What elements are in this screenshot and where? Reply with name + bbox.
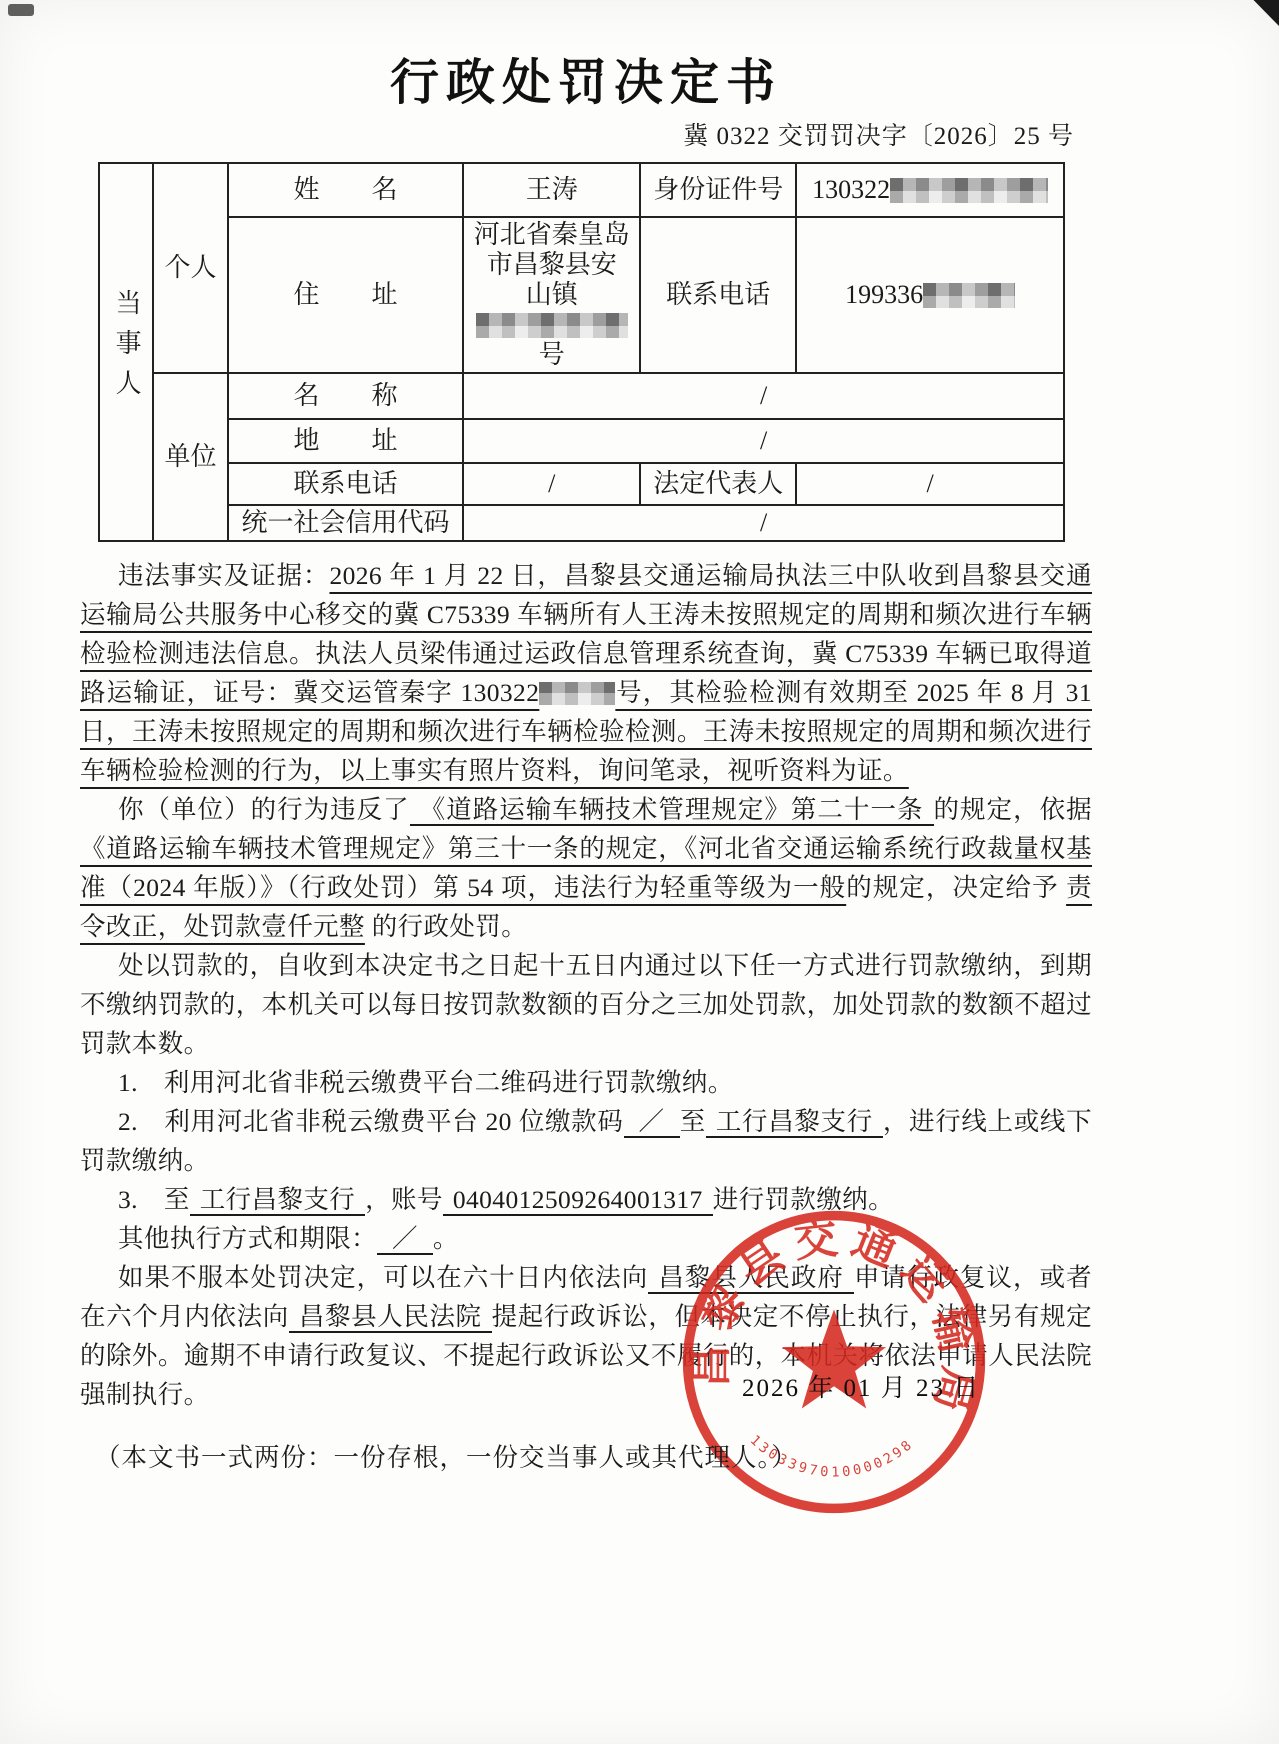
item3-seg2: ，账号 (365, 1185, 443, 1214)
decision-seg2: 的规定，依据 (934, 795, 1092, 824)
address-suffix: 号 (539, 340, 565, 369)
other-method-label: 其他执行方式和期限： (118, 1224, 377, 1253)
facts-paragraph: 违法事实及证据：2026 年 1 月 22 日，昌黎县交通运输局执法三中队收到昌… (80, 556, 1092, 790)
item2-bank-fill: 工行昌黎支行 (706, 1107, 883, 1138)
item3-bank-fill: 工行昌黎支行 (190, 1185, 365, 1216)
table-row-unit-address: 地 址 / (99, 419, 1064, 463)
violated-rule-fill: 《道路运输车辆技术管理规定》第二十一条 (410, 795, 934, 826)
phone-value-prefix: 199336 (845, 280, 923, 309)
scan-artifact-top-left (8, 4, 34, 16)
table-row-unit-name: 单位 名 称 / (99, 373, 1064, 419)
credit-code-label-cell: 统一社会信用代码 (228, 505, 463, 541)
party-info-table: 当事人 个人 姓 名 王涛 身份证件号 130322 住 址 河北省秦皇岛市昌黎… (98, 162, 1065, 542)
unit-phone-value-cell: / (463, 463, 640, 505)
footer-note: （本文书一式两份：一份存根，一份交当事人或其代理人。） (95, 1438, 798, 1474)
court-fill: 昌黎县人民法院 (289, 1302, 492, 1333)
redaction-mosaic-id (890, 178, 1048, 203)
phone-value-cell: 199336 (796, 217, 1064, 373)
decision-date: 2026 年 01 月 23 日 (742, 1368, 980, 1404)
item1-number: 1. (118, 1068, 138, 1097)
table-row-address: 住 址 河北省秦皇岛市昌黎县安 山镇号 联系电话 199336 (99, 217, 1064, 373)
address-line1: 河北省秦皇岛市昌黎县安 (468, 220, 635, 280)
item3-account-fill: 0404012509264001317 (443, 1185, 713, 1216)
item2-seg2: 至 (680, 1107, 706, 1136)
id-value-prefix: 130322 (812, 175, 890, 204)
person-header-cell: 个人 (153, 163, 227, 373)
phone-label-cell: 联系电话 (640, 217, 796, 373)
item1-text: 利用河北省非税云缴费平台二维码进行罚款缴纳。 (164, 1068, 734, 1097)
id-label-cell: 身份证件号 (640, 163, 796, 217)
name-label-cell: 姓 名 (228, 163, 463, 217)
other-method-end: 。 (433, 1224, 459, 1253)
item2-seg1: 利用河北省非税云缴费平台 20 位缴款码 (164, 1107, 623, 1136)
decision-paragraph: 你（单位）的行为违反了《道路运输车辆技术管理规定》第二十一条的规定，依据《道路运… (80, 790, 1092, 946)
unit-header-cell: 单位 (153, 373, 227, 541)
legal-rep-label-cell: 法定代表人 (640, 463, 796, 505)
unit-address-value-cell: / (463, 419, 1064, 463)
address-line2: 山镇号 (468, 280, 635, 370)
document-content: 行政处罚决定书 冀 0322 交罚罚决字〔2026〕25 号 当事人 个人 姓 … (80, 0, 1092, 1414)
decision-seg3: 的规定，决定给予 (846, 873, 1058, 902)
facts-label: 违法事实及证据： (118, 561, 329, 590)
name-value-cell: 王涛 (463, 163, 640, 217)
address-value-cell: 河北省秦皇岛市昌黎县安 山镇号 (463, 217, 640, 373)
appeal-seg1: 如果不服本处罚决定，可以在六十日内依法向 (118, 1263, 648, 1292)
payment-item-2: 2. 利用河北省非税云缴费平台 20 位缴款码／至工行昌黎支行，进行线上或线下罚… (80, 1102, 1092, 1180)
address-prefix: 山镇 (526, 280, 578, 309)
id-value-cell: 130322 (796, 163, 1064, 217)
credit-code-value-cell: / (463, 505, 1064, 541)
table-row-credit-code: 统一社会信用代码 / (99, 505, 1064, 541)
page-title: 行政处罚决定书 (80, 44, 1092, 114)
table-row-unit-phone: 联系电话 / 法定代表人 / (99, 463, 1064, 505)
address-label-cell: 住 址 (228, 217, 463, 373)
redaction-mosaic-cert-no (539, 682, 615, 705)
legal-rep-value-cell: / (796, 463, 1064, 505)
item2-code-fill: ／ (624, 1107, 680, 1138)
unit-name-value-cell: / (463, 373, 1064, 419)
party-header-cell: 当事人 (99, 163, 153, 541)
redaction-mosaic-address (476, 313, 628, 338)
other-method-fill: ／ (377, 1224, 433, 1255)
unit-phone-label-cell: 联系电话 (228, 463, 463, 505)
decision-seg1: 你（单位）的行为违反了 (118, 795, 410, 824)
item2-number: 2. (118, 1107, 138, 1136)
decision-seg4: 的行政处罚。 (372, 912, 527, 941)
scan-artifact-top-right (1249, 0, 1279, 26)
item3-number: 3. (118, 1185, 138, 1214)
payment-intro-paragraph: 处以罚款的，自收到本决定书之日起十五日内通过以下任一方式进行罚款缴纳，到期不缴纳… (80, 946, 1092, 1063)
unit-name-label-cell: 名 称 (228, 373, 463, 419)
party-label: 当事人 (111, 289, 141, 409)
table-row-name: 当事人 个人 姓 名 王涛 身份证件号 130322 (99, 163, 1064, 217)
item3-seg1: 至 (164, 1185, 190, 1214)
doc-number: 冀 0322 交罚罚决字〔2026〕25 号 (80, 116, 1092, 152)
penalty-decision-document: 行政处罚决定书 冀 0322 交罚罚决字〔2026〕25 号 当事人 个人 姓 … (0, 0, 1279, 1744)
payment-item-1: 1. 利用河北省非税云缴费平台二维码进行罚款缴纳。 (80, 1063, 1092, 1102)
redaction-mosaic-phone (923, 283, 1015, 308)
unit-address-label-cell: 地 址 (228, 419, 463, 463)
